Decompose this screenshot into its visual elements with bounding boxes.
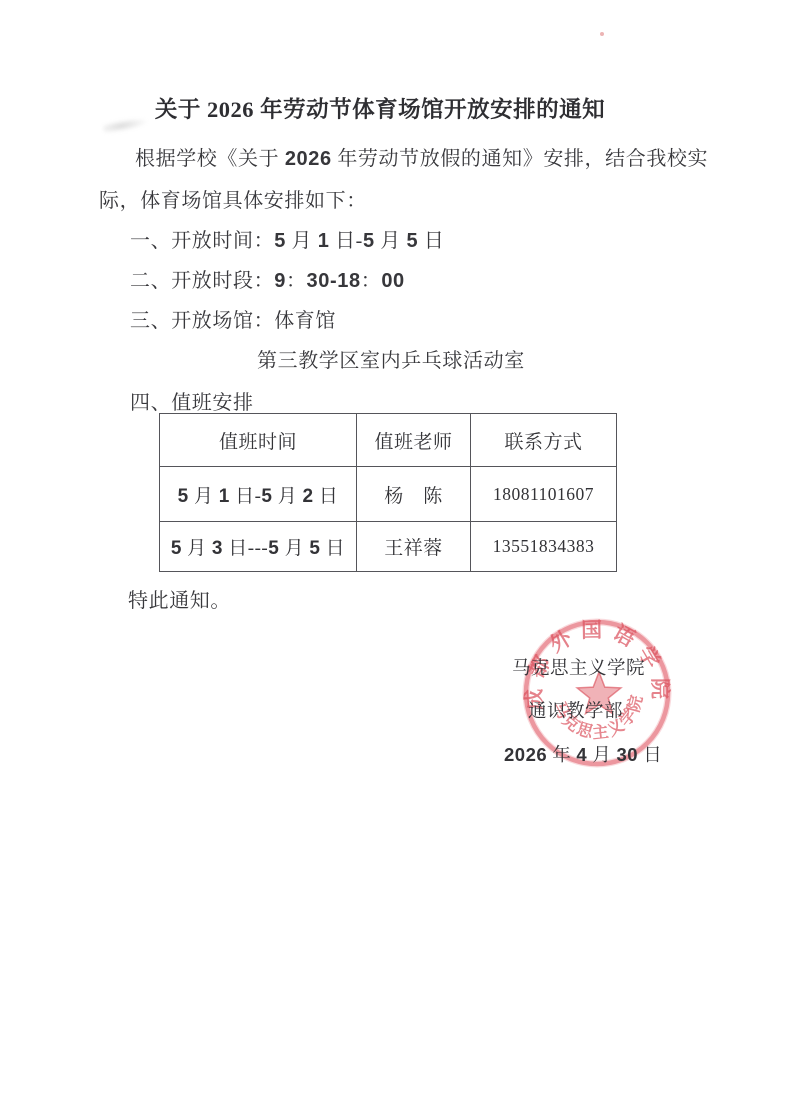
closing-statement: 特此通知。 — [128, 584, 231, 613]
scan-ink-speck — [600, 32, 604, 36]
table-row: 5 月 3 日---5 月 5 日 王祥蓉 13551834383 — [160, 522, 617, 572]
item-open-venues-line2: 第三教学区室内乒乓球活动室 — [257, 344, 525, 373]
duty-teacher-cell: 王祥蓉 — [357, 522, 471, 572]
table-header-row: 值班时间 值班老师 联系方式 — [160, 414, 617, 467]
item-open-venues-label: 三、开放场馆： — [130, 310, 274, 332]
paragraph-line-1: 根据学校《关于 2026 年劳动节放假的通知》安排，结合我校实 — [135, 142, 708, 171]
header-contact: 联系方式 — [471, 414, 617, 467]
contact-phone-cell: 18081101607 — [471, 467, 617, 522]
contact-phone-cell: 13551834383 — [471, 522, 617, 572]
item-open-hours-label: 二、开放时段： — [130, 270, 274, 292]
item-open-dates-value: 5 月 1 日-5 月 5 日 — [274, 230, 444, 252]
paragraph-line-2: 际，体育场馆具体安排如下： — [99, 184, 367, 213]
item-open-hours-value: 9：30-18：00 — [274, 270, 405, 292]
duty-time-cell: 5 月 1 日-5 月 2 日 — [160, 467, 357, 522]
scanned-notice-page: 关于 2026 年劳动节体育场馆开放安排的通知 根据学校《关于 2026 年劳动… — [0, 0, 800, 1100]
signature-date: 2026 年 4 月 30 日 — [504, 741, 662, 767]
item-open-venues: 三、开放场馆：体育馆 — [130, 304, 336, 333]
official-seal-stamp: 成都外国语学院 马克思主义学院 — [487, 583, 707, 803]
item-open-hours: 二、开放时段：9：30-18：00 — [130, 264, 405, 293]
signature-org-line-2: 通识教学部 — [528, 697, 623, 723]
duty-time-cell: 5 月 3 日---5 月 5 日 — [160, 522, 357, 572]
table-row: 5 月 1 日-5 月 2 日 杨 陈 18081101607 — [160, 467, 617, 522]
header-duty-teacher: 值班老师 — [357, 414, 471, 467]
header-duty-time: 值班时间 — [160, 414, 357, 467]
item-open-dates-label: 一、开放时间： — [130, 230, 274, 252]
notice-title: 关于 2026 年劳动节体育场馆开放安排的通知 — [0, 92, 760, 124]
item-duty-schedule-heading: 四、值班安排 — [130, 386, 254, 415]
signature-org-line-1: 马克思主义学院 — [512, 654, 645, 680]
item-open-venues-value: 体育馆 — [274, 310, 336, 332]
duty-teacher-cell: 杨 陈 — [357, 467, 471, 522]
duty-schedule-table: 值班时间 值班老师 联系方式 5 月 1 日-5 月 2 日 杨 陈 18081… — [159, 413, 617, 572]
item-open-dates: 一、开放时间：5 月 1 日-5 月 5 日 — [130, 224, 444, 253]
